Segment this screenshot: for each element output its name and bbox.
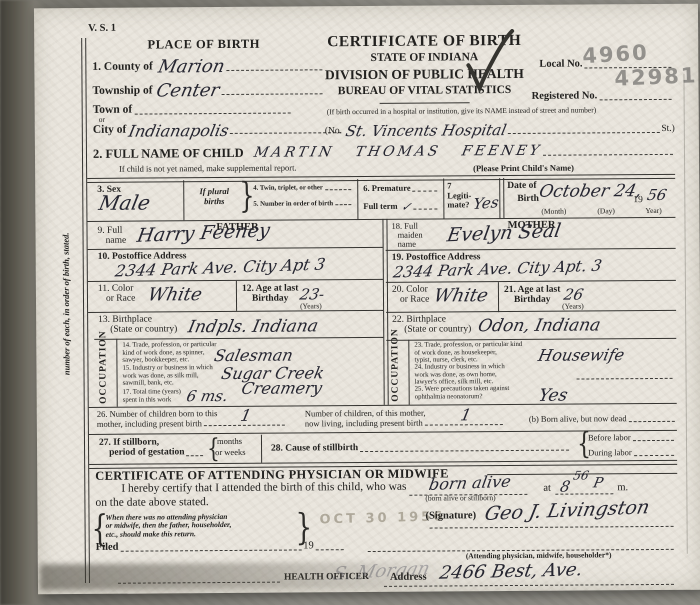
birth-date-value: October 24, (537, 182, 643, 202)
cause-blank (360, 447, 569, 451)
date-of-label: Date of (507, 181, 536, 192)
town-row: Town of (93, 103, 293, 117)
before-labor-label: Before labor (588, 433, 631, 443)
signature-label: (Signature) (425, 510, 476, 522)
mother-occ-inner-rule (408, 340, 409, 405)
place-of-birth-title: PLACE OF BIRTH (96, 36, 311, 52)
registered-no-label: Registered No. (532, 90, 598, 102)
township-value: Center (154, 81, 221, 102)
title-block: CERTIFICATE OF BIRTH STATE OF INDIANA DI… (284, 32, 564, 105)
certify-line1: I hereby certify that I attended the bir… (121, 481, 406, 496)
children-born-label: 26. Number of children born to this moth… (97, 409, 287, 429)
mother-name-value: Evelyn Seal (445, 221, 562, 247)
born-alive-value: born alive (427, 473, 512, 494)
form-code: V. S. 1 (88, 23, 116, 35)
legitimate-value: Yes (472, 194, 500, 213)
ampm-value: P (592, 476, 605, 492)
stillborn-label2: period of gestation (109, 447, 185, 458)
father-birthplace-value: Indpls. Indiana (186, 317, 320, 337)
order-blank (335, 202, 351, 205)
fullterm-row: Full term ✓ (363, 200, 439, 212)
filed-label: Filed (96, 542, 119, 554)
plural-line2: births (187, 196, 241, 206)
no-physician-note: When there was no attending physician or… (105, 513, 295, 539)
hospital-note: (If birth occurred in a hospital or inst… (327, 106, 677, 117)
father-occ-inner-rule (116, 339, 117, 407)
mother-age-label2: Birthday (514, 295, 551, 306)
paper-crease (683, 74, 687, 554)
before-labor-blank (633, 437, 674, 440)
twin-blank (325, 187, 351, 190)
registered-no-blank (599, 97, 671, 101)
mother-race-age-divider (498, 282, 499, 312)
year-value: 56 (646, 187, 669, 204)
father-time-value: 6 ms. (185, 388, 229, 405)
child-name-row: 2. FULL NAME OF CHILD MARTIN THOMAS FEEN… (93, 143, 675, 161)
during-labor-blank (634, 452, 674, 455)
township-label: Township of (93, 85, 153, 98)
filed-row: Filed 19 (96, 540, 346, 553)
hospital-no-label: (No. (325, 126, 342, 137)
mother-race-label2: or Race (400, 295, 429, 306)
mother-birthplace-value: Odon, Indiana (476, 316, 602, 336)
twin-label: 4. Twin, triplet, or other (253, 184, 323, 192)
hospital-value: St. Vincents Hospital (344, 122, 508, 140)
mother-birthplace-label2: (State or country) (404, 324, 471, 335)
father-race-rule (88, 310, 383, 313)
local-no-stamp: 4960 (582, 41, 650, 68)
supplemental-note: If child is not yet named, make suppleme… (119, 163, 297, 174)
m-label: m. (617, 482, 628, 494)
sex-value: Male (97, 192, 152, 215)
weeks-label: or weeks (215, 448, 246, 458)
father-age-label2: Birthday (252, 294, 289, 305)
children-born-l2row: mother, including present birth (97, 418, 287, 429)
father-name-label2: name (106, 236, 127, 247)
cause-row: 28. Cause of stillbirth (271, 442, 571, 455)
mother-race-value: White (432, 286, 490, 307)
registered-no-stamp: 42981 (614, 64, 698, 91)
child-name-blank (543, 152, 673, 156)
child-name-label: 2. FULL NAME OF CHILD (93, 146, 244, 161)
premature-blank (413, 188, 438, 191)
scan-smudge (40, 561, 470, 590)
premature-row: 6. Premature (363, 184, 439, 194)
state-line: STATE OF INDIANA (284, 51, 564, 66)
scanned-birth-certificate: V. S. 1 number of each, in order of birt… (0, 0, 700, 605)
date-cell-divider (499, 178, 504, 218)
plural-births-label: If plural births (187, 187, 241, 206)
division-line: DIVISION OF PUBLIC HEALTH (284, 66, 564, 83)
order-label: 5. Number in order of birth (253, 200, 333, 208)
mother-name-label3: name (398, 240, 416, 250)
cause-label: 28. Cause of stillbirth (271, 443, 358, 454)
mother-race-rule (386, 310, 676, 313)
father-race-value: White (146, 285, 204, 306)
at-label: at (543, 483, 551, 495)
father-name-value: Harry Feeney (135, 220, 271, 247)
father-race-age-divider (236, 281, 237, 311)
hospital-row: (No. St. Vincents Hospital St.) (325, 121, 675, 137)
certificate-paper: V. S. 1 number of each, in order of birt… (34, 4, 700, 595)
year-caption: Year) (645, 207, 661, 216)
child-name-value: MARTIN THOMAS FEENEY (252, 144, 543, 162)
father-industry-value2: Creamery (240, 379, 324, 397)
during-labor-row: During labor (588, 448, 676, 458)
stillborn-label2-row: period of gestation (109, 447, 205, 458)
print-name-note: (Please Print Child's Name) (473, 164, 574, 174)
signature-blank (430, 524, 674, 529)
children-living-l2row: now living, including present birth (305, 418, 505, 429)
county-value: Marion (157, 57, 227, 78)
children-living-l2: now living, including present birth (305, 418, 423, 428)
signature-value: Geo J. Livingston (483, 497, 652, 525)
filed-year-blank (316, 547, 344, 550)
mother-industry-label: 24. Industry or business in which work w… (414, 363, 574, 387)
twin-row: 4. Twin, triplet, or other (253, 184, 353, 192)
bureau-line: BUREAU OF VITAL STATISTICS (285, 84, 565, 99)
county-label: 1. County of (92, 61, 152, 74)
filed-blank (120, 547, 301, 551)
children-dead-label: (b) Born alive, but now dead (529, 414, 627, 424)
hospital-st-label: St.) (661, 124, 675, 135)
hospital-blank (508, 130, 659, 134)
fullterm-check: ✓ (400, 200, 413, 214)
children-living-label: Number of children, of this mother, now … (305, 408, 505, 428)
premature-cell: 6. Premature Full term ✓ (363, 184, 439, 212)
city-label: City of (93, 124, 127, 137)
children-born-l2: mother, including present birth (97, 419, 202, 429)
title-underline (380, 103, 470, 105)
stillbirth-divider (261, 435, 262, 463)
father-trade-value: Salesman (213, 347, 295, 365)
order-row: 5. Number in order of birth (253, 200, 353, 208)
mother-occupation-label: OCCUPATION (390, 342, 401, 402)
mother-name-rule (386, 248, 676, 251)
fullterm-label: Full term (363, 202, 397, 212)
father-occupation-label: OCCUPATION (98, 342, 109, 404)
local-no-label: Local No. (539, 58, 582, 70)
birth-label: Birth (517, 194, 539, 205)
before-labor-row: Before labor (588, 433, 676, 443)
year-prefix: 19 (633, 195, 643, 206)
attending-caption: (Attending physician, midwife, household… (466, 551, 612, 560)
father-birthplace-label2: (State or country) (110, 324, 177, 335)
sex-cell-divider (183, 180, 184, 220)
city-value: Indianapolis (127, 122, 230, 141)
margin-note: number of each, in order of birth, state… (61, 176, 72, 432)
months-label: months (217, 437, 242, 447)
month-caption: (Month) (541, 208, 566, 217)
twin-order-cell: 4. Twin, triplet, or other 5. Number in … (253, 184, 353, 208)
legitimate-cell-divider (443, 178, 444, 218)
mother-industry-blank (577, 376, 673, 380)
father-occ-top (94, 337, 383, 340)
father-name-rule (88, 247, 383, 250)
minute-value: 56 (572, 469, 590, 483)
during-labor-label: During labor (588, 448, 632, 458)
premature-cell-divider (357, 179, 358, 219)
registered-no-row: Registered No. (532, 90, 674, 103)
time-blank (555, 491, 613, 494)
certificate-title: CERTIFICATE OF BIRTH (284, 32, 564, 51)
checkmark-icon (458, 29, 518, 95)
left-double-rule (81, 38, 90, 583)
town-blank (134, 110, 290, 114)
born-alive-caption: (born alive or stillborn) (425, 494, 495, 503)
fullterm-blank (414, 206, 438, 209)
stillborn-blank (187, 453, 204, 456)
premature-label: 6. Premature (363, 184, 410, 194)
note-line3: etc., should make this return. (106, 529, 296, 539)
certify-line2: on the date above stated. (95, 496, 208, 510)
father-race-label2: or Race (106, 294, 135, 305)
children-dead-blank (629, 418, 675, 421)
filed-year-prefix: 19 (303, 540, 314, 552)
day-caption: (Day) (597, 207, 615, 216)
city-row: City of Indianapolis (93, 121, 343, 137)
children-dead-row: (b) Born alive, but now dead (529, 414, 677, 425)
